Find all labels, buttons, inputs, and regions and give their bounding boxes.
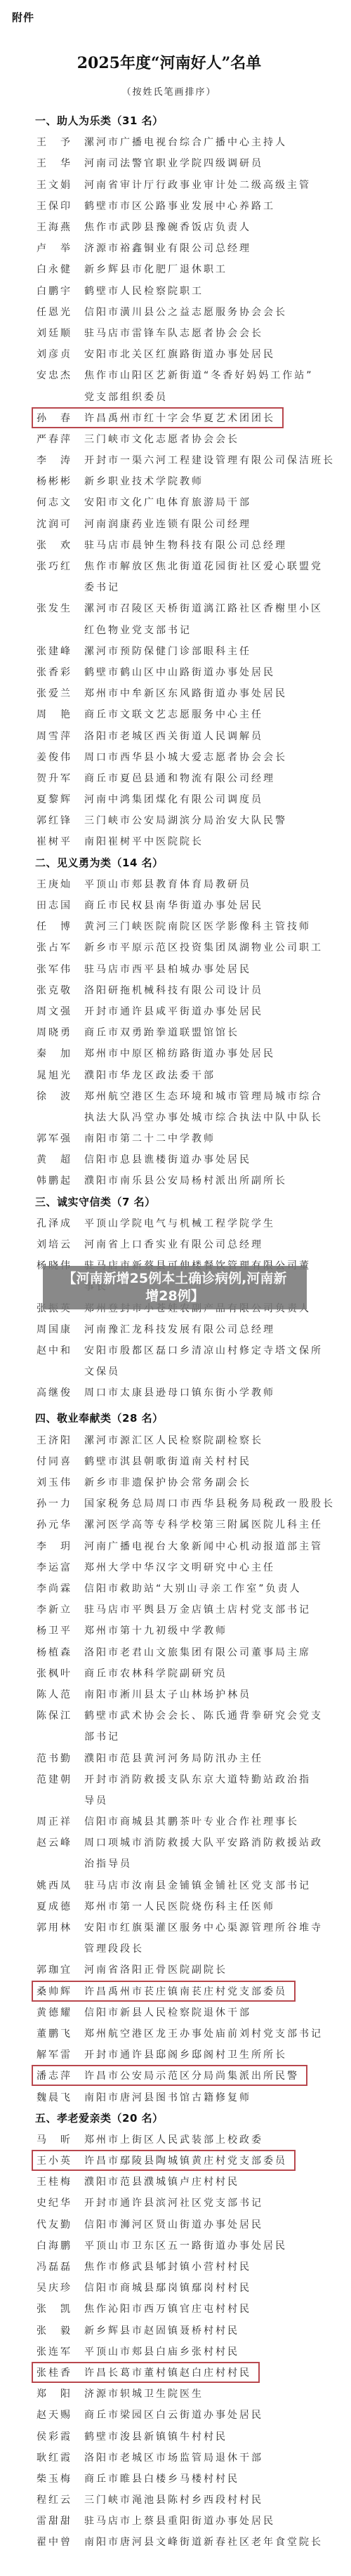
category-section: 一、助人为乐类（31 名）王予漯河市广播电视台综合广播中心主持人王华河南司法警官…	[35, 110, 347, 852]
person-description: 漯河医学高等专科学校第三附属医院儿科主任	[84, 1517, 323, 1531]
list-item: 白鹏宇鹤壁市人民检察院职工	[35, 280, 347, 301]
person-name: 卢举	[37, 241, 70, 255]
person-name: 沈润可	[37, 517, 70, 531]
section-heading: 一、助人为乐类（31 名）	[35, 110, 347, 131]
person-name: 姚西凤	[37, 1878, 70, 1892]
list-item: 张军伟驻马店市西平县柏城办事处居民	[35, 958, 347, 979]
entry: 魏晨飞南阳市唐河县图书馆古籍修复师	[32, 2087, 260, 2108]
entry: 黄德耀信阳市新县人民检察院退休干部	[32, 2002, 260, 2023]
person-description: 安阳市文化广电体育旅游局干部	[84, 495, 251, 509]
person-name: 张发生	[37, 601, 70, 615]
list-item: 柴玉梅商丘市睢县白楼乡马楼村村民	[35, 2468, 347, 2489]
entry: 赵天赐商丘市梁园区白云街道办事处居民	[32, 2404, 272, 2425]
person-description: 信阳市商城县其鹏茶叶专业合作社理事长	[84, 1814, 299, 1828]
list-item: 侯彩霞鹤壁市浚县新镇镇牛村村民	[35, 2425, 347, 2446]
entry: 柴玉梅商丘市睢县白楼乡马楼村村民	[32, 2468, 248, 2489]
list-item-continued: 执法大队冯堂办事处城市综合执法中队中队长	[35, 1107, 347, 1128]
person-name: 陈人范	[37, 1687, 70, 1701]
list-item: 付同喜鹤壁市淇县朝歌街道南关村村民	[35, 1451, 347, 1472]
list-item: 桑帅辉许昌禹州市苌庄镇南苌庄村党支部委员	[35, 1981, 347, 2002]
person-description: 平顶山市郏县教育体育局教研员	[84, 877, 251, 891]
person-description: 商丘市文联文艺志愿服务中心主任	[84, 707, 263, 721]
person-name: 白鹏宇	[37, 284, 70, 298]
list-item-continued: 文保员	[35, 1361, 347, 1382]
list-item: 范书勤濮阳市范县黄河河务局防汛办主任	[35, 1747, 347, 1768]
person-description-continued: 部书记	[84, 1729, 120, 1743]
entry: 何志文安阳市文化广电体育旅游局干部	[32, 491, 260, 513]
person-name: 周正祥	[37, 1814, 70, 1828]
list-item: 赵天赐商丘市梁园区白云街道办事处居民	[35, 2404, 347, 2425]
list-item: 范建朝开封市消防救援支队东京大道特勤站政治指	[35, 1769, 347, 1790]
list-item: 郭红锋三门峡市公安局湖滨分局治安大队民警	[35, 810, 347, 831]
entry: 任博黄河三门峡医院南院区医学影像科主管技师	[32, 916, 319, 937]
list-item: 董鹏飞郑州航空港区龙王办事处庙前刘村党支部书记	[35, 2023, 347, 2044]
list-item: 张香彩鹤壁市鹤山区中山路街道办事处居民	[35, 661, 347, 682]
person-description: 驻马店市平舆县万金店镇土店村党支部书记	[84, 1602, 311, 1616]
list-item: 王予漯河市广播电视台综合广播中心主持人	[35, 131, 347, 152]
entry: 部书记	[32, 1726, 128, 1747]
list-item: 王济阳漯河市源汇区人民检察院副检察长	[35, 1429, 347, 1451]
person-description: 信阳市浉河区贤山街道办事处居民	[84, 2217, 263, 2231]
person-name: 马昕	[37, 2132, 70, 2146]
person-description: 三门峡市渑池县陈村乡西段村村民	[84, 2492, 263, 2506]
person-description: 焦作沁阳市西万镇官庄屯村村民	[84, 2301, 251, 2316]
entry: 张建峰漯河市预防保健门诊部眼科主任	[32, 640, 260, 661]
person-description: 三门峡市公安局湖滨分局治安大队民警	[84, 813, 287, 827]
entry: 晁旭光濮阳市华龙区政法委干部	[32, 1064, 224, 1085]
list-item: 程红云三门峡市渑池县陈村乡西段村村民	[35, 2489, 347, 2510]
entry: 执法大队冯堂办事处城市综合执法中队中队长	[32, 1107, 331, 1128]
person-name: 崔树平	[37, 834, 70, 848]
list-item: 卢举济源市裕鑫铜业有限公司总经理	[35, 237, 347, 258]
list-item: 刘培云河南省上口香实业有限公司总经理	[35, 1234, 347, 1255]
entry: 李运富郑州大学中华汉字文明研究中心主任	[32, 1557, 284, 1578]
person-name: 韩鹏起	[37, 1173, 70, 1187]
list-item-continued: 党支部组织委员	[35, 385, 347, 407]
list-item: 郭用林安阳市红旗渠灌区服务中心渠源管理所谷堆寺	[35, 1917, 347, 1938]
person-name: 田志国	[37, 898, 70, 912]
person-description: 济源市裕鑫铜业有限公司总经理	[84, 241, 251, 255]
entry: 侯彩霞鹤壁市浚县新镇镇牛村村民	[32, 2426, 236, 2447]
list-item: 陈保江鹤壁市武术协会会长、陈氏通背拳研究会党支	[35, 1705, 347, 1726]
list-item: 孙元华漯河医学高等专科学校第三附属医院儿科主任	[35, 1514, 347, 1535]
person-description: 河南省审计厅行政事业审计处二级高级主管	[84, 178, 311, 192]
list-item: 郑阳济源市轵城卫生院医生	[35, 2383, 347, 2404]
entry: 王济阳漯河市源汇区人民检察院副检察长	[32, 1429, 272, 1451]
list-item: 孙春许昌禹州市红十字会华夏艺术团团长	[35, 407, 347, 428]
person-description-continued: 文保员	[84, 1364, 120, 1378]
person-description: 河南省上口香实业有限公司总经理	[84, 1237, 263, 1251]
entry: 李玥河南广播电视台大象新闻中心机动报道部主管	[32, 1535, 331, 1557]
person-description: 漯河市广播电视台综合广播中心主持人	[84, 135, 287, 149]
person-description: 平顶山市卫东区五一路街道办事处居民	[84, 2238, 287, 2252]
list-item: 吴庆珍信阳市商城县鄢岗镇鄢岗村村民	[35, 2277, 347, 2298]
list-item: 姚西凤驻马店市汝南县金铺镇金铺社区党支部书记	[35, 1875, 347, 1896]
entry: 王桂梅濮阳市范县濮城镇卢庄村村民	[32, 2171, 248, 2192]
highlighted-entry-box: 张桂香许昌长葛市董村镇赵白庄村村民	[32, 2362, 260, 2383]
entry: 翟中曾南阳市唐河县文峰街道新春社区老年食堂院长	[32, 2531, 331, 2552]
entry: 刘培云河南省上口香实业有限公司总经理	[32, 1234, 272, 1255]
entry: 张香彩鹤壁市鹤山区中山路街道办事处居民	[32, 661, 284, 682]
entry: 吴庆珍信阳市商城县鄢岗镇鄢岗村村民	[32, 2277, 260, 2298]
entry: 张巧红焦作市解放区焦北街道花园街社区爱心联盟党	[32, 555, 331, 576]
list-item: 崔树平南阳崔树平中医院院长	[35, 831, 347, 852]
person-description: 南阳市唐河县图书馆古籍修复师	[84, 2090, 251, 2104]
list-item: 郭军强南阳市第二十二中学教师	[35, 1128, 347, 1149]
person-name: 冯磊磊	[37, 2259, 70, 2273]
list-item: 周雪萍洛阳市老城区西关街道人民调解员	[35, 725, 347, 746]
list-item: 秦加郑州市中原区棉纺路街道办事处居民	[35, 1043, 347, 1064]
entry: 王文娟河南省审计厅行政事业审计处二级高级主管	[32, 174, 319, 195]
person-description: 许昌市公安局示范区分局尚集派出所民警	[84, 2068, 299, 2082]
person-description: 开封市通许县邸阁乡邸阁村卫生所所长	[84, 2047, 287, 2061]
entry: 李尚霖信阳市救助站“大别山寻亲工作室”负责人	[32, 1578, 310, 1599]
person-description: 商丘市梁园区白云街道办事处居民	[84, 2407, 263, 2422]
person-name: 王海燕	[37, 220, 70, 234]
entry: 赵中和安阳市殷都区磊口乡清凉山村修定寺塔文保所	[32, 1340, 331, 1361]
category-section: 四、敬业奉献类（28 名）王济阳漯河市源汇区人民检察院副检察长付同喜鹤壁市淇县朝…	[35, 1408, 347, 2107]
list-item: 夏成德郑州市第一人民医院烧伤科主任医师	[35, 1896, 347, 1917]
list-item: 马昕郑州市上街区人民武装部上校政委	[35, 2129, 347, 2150]
list-item: 耿红霞洛阳市老城区市场监管局退休干部	[35, 2447, 347, 2468]
list-item: 郭珈宜河南省洛阳正骨医院副院长	[35, 1959, 347, 1980]
person-name: 陈保江	[37, 1708, 70, 1722]
section-heading: 四、敬业奉献类（28 名）	[35, 1408, 347, 1429]
person-description: 鹤壁市武术协会会长、陈氏通背拳研究会党支	[84, 1708, 323, 1722]
person-name: 王小英	[37, 2153, 70, 2167]
list-item: 刘彦贞安阳市北关区红旗路街道办事处居民	[35, 343, 347, 364]
list-item-continued: 红色物业党支部书记	[35, 619, 347, 640]
list-item: 张建峰漯河市预防保健门诊部眼科主任	[35, 640, 347, 661]
entry: 严春萍三门峡市文化志愿者协会会长	[32, 428, 248, 449]
person-name: 翟中曾	[37, 2535, 70, 2549]
list-item: 李玥河南广播电视台大象新闻中心机动报道部主管	[35, 1535, 347, 1557]
entry: 解军雷开封市通许县邸阁乡邸阁村卫生所所长	[32, 2044, 296, 2065]
list-item: 李运富郑州大学中华汉字文明研究中心主任	[35, 1557, 347, 1578]
entry: 付同喜鹤壁市淇县朝歌街道南关村村民	[32, 1451, 260, 1472]
person-name: 贺升军	[37, 771, 70, 785]
list-item: 李新立驻马店市平舆县万金店镇土店村党支部书记	[35, 1599, 347, 1620]
list-item: 王海燕焦作市武陟县豫碗香饭店负责人	[35, 216, 347, 237]
entry: 郭红锋三门峡市公安局湖滨分局治安大队民警	[32, 810, 296, 831]
entry: 郑阳济源市轵城卫生院医生	[32, 2383, 212, 2404]
person-name: 张军伟	[37, 962, 70, 976]
list-item: 晁旭光濮阳市华龙区政法委干部	[35, 1064, 347, 1085]
person-description: 洛阳市老君山文旅集团有限公司董事局主席	[84, 1645, 311, 1659]
person-name: 孙元华	[37, 1517, 70, 1531]
list-item: 刘廷顺驻马店市雷锋车队志愿者协会会长	[35, 322, 347, 343]
person-description: 开封市消防救援支队东京大道特勤站政治指	[84, 1772, 311, 1786]
entry: 张欢驻马店市晨钟生物科技有限公司总经理	[32, 534, 296, 555]
entry: 张爱兰郑州市中牟新区东风路街道办事处居民	[32, 682, 296, 704]
person-description: 南阳市第二十二中学教师	[84, 1131, 216, 1145]
person-name: 范建朝	[37, 1772, 70, 1786]
person-description: 周口项城市消防救援大队平安路消防救援站政	[84, 1835, 323, 1849]
person-name: 黄德耀	[37, 2005, 70, 2019]
person-name: 王华	[37, 156, 70, 170]
person-description: 国家税务总局周口市西华县税务局税政一股股长	[84, 1496, 335, 1510]
person-name: 王予	[37, 135, 70, 149]
person-description: 开封市通许县咸平街道办事处居民	[84, 1004, 263, 1018]
person-description: 河南豫汇龙科技发展有限公司总经理	[84, 1322, 275, 1336]
entry: 周晓勇商丘市双勇跆拳道联盟馆馆长	[32, 1022, 248, 1043]
person-name: 王保印	[37, 199, 70, 213]
list-item: 周国康河南豫汇龙科技发展有限公司总经理	[35, 1319, 347, 1340]
list-item: 贺升军商丘市夏邑县通和物流有限公司经理	[35, 767, 347, 788]
person-name: 柴玉梅	[37, 2471, 70, 2485]
list-item: 赵中和安阳市殷都区磊口乡清凉山村修定寺塔文保所	[35, 1340, 347, 1361]
list-item: 杨彬彬新乡职业技术学院教师	[35, 470, 347, 491]
person-name: 孔泽成	[37, 1216, 70, 1230]
person-description: 开封市一渠六河工程建设管理有限公司保洁班长	[84, 453, 335, 467]
person-description: 洛阳市老城区西关街道人民调解员	[84, 729, 263, 743]
person-name: 严春萍	[37, 432, 70, 446]
person-name: 张建峰	[37, 644, 70, 658]
person-description: 郑州市中牟新区东风路街道办事处居民	[84, 686, 287, 700]
person-description: 郑州市上街区人民武装部上校政委	[84, 2132, 263, 2146]
entry: 周文强开封市通许县咸平街道办事处居民	[32, 1000, 272, 1022]
person-name: 张香彩	[37, 665, 70, 679]
person-name: 周艳	[37, 707, 70, 721]
person-name: 王庚灿	[37, 877, 70, 891]
page-subtitle: （按姓氏笔画排序）	[0, 84, 338, 98]
person-description-continued: 管理段段长	[84, 1941, 144, 1955]
list-item: 张毅新乡辉县市赵固镇聂桥村村民	[35, 2320, 347, 2341]
person-description: 新乡辉县市化肥厂退休职工	[84, 262, 227, 276]
list-item: 黄超信阳市息县谯楼街道办事处居民	[35, 1149, 347, 1170]
banner-line-2: 增28例】	[43, 1288, 307, 1305]
entry: 管理段段长	[32, 1938, 152, 1959]
person-name: 刘培云	[37, 1237, 70, 1251]
person-name: 李运富	[37, 1560, 70, 1574]
person-description: 三门峡市文化志愿者协会会长	[84, 432, 239, 446]
person-description: 河南司法警官职业学院四级调研员	[84, 156, 263, 170]
entry: 安忠杰焦作市山阳区艺新街道“冬香好妈妈工作站”	[32, 364, 322, 385]
entry: 沈润可河南润康药业连锁有限公司经理	[32, 513, 260, 534]
person-description: 新乡市平原示范区投资集团凤湖物业公司职工	[84, 940, 323, 954]
list-item: 王文娟河南省审计厅行政事业审计处二级高级主管	[35, 174, 347, 195]
entry: 郭珈宜河南省洛阳正骨医院副院长	[32, 1959, 236, 1980]
list-item: 史纪华开封市通许县滨河社区党支部书记	[35, 2192, 347, 2213]
highlighted-entry-box: 桑帅辉许昌禹州市苌庄镇南苌庄村党支部委员	[32, 1981, 296, 2002]
entry: 徐波郑州航空港区生态环境和城市管理局城市综合	[32, 1085, 331, 1107]
person-description: 郑州市中原区棉纺路街道办事处居民	[84, 1046, 275, 1060]
person-description: 济源市轵城卫生院医生	[84, 2386, 204, 2400]
person-name: 张凯	[37, 2301, 70, 2316]
entry: 杨植森洛阳市老君山文旅集团有限公司董事局主席	[32, 1642, 319, 1663]
banner-line-1: 【河南新增25例本土确诊病例,河南新	[43, 1270, 307, 1288]
person-description: 南阳市唐河县文峰街道新春社区老年食堂院长	[84, 2535, 323, 2549]
person-name: 郭军强	[37, 1131, 70, 1145]
person-description-continued: 红色物业党支部书记	[84, 623, 192, 637]
entry: 委书记	[32, 576, 128, 597]
entry: 孙元华漯河医学高等专科学校第三附属医院儿科主任	[32, 1514, 331, 1535]
entry: 周艳商丘市文联文艺志愿服务中心主任	[32, 704, 272, 725]
entry: 文保员	[32, 1361, 128, 1382]
person-name: 王文娟	[37, 178, 70, 192]
list-item: 安忠杰焦作市山阳区艺新街道“冬香好妈妈工作站”	[35, 364, 347, 385]
person-name: 潘志萍	[37, 2068, 70, 2082]
list-item: 任恩光信阳市潢川县公之益志愿服务协会会长	[35, 301, 347, 322]
person-description-continued: 党支部组织委员	[84, 390, 168, 404]
person-description: 商丘市双勇跆拳道联盟馆馆长	[84, 1025, 239, 1039]
list-item: 王保印鹤壁市市区公路事业发展中心养路工	[35, 195, 347, 216]
list-item: 冯磊磊焦作市修武县郇封镇小营村村民	[35, 2256, 347, 2277]
section-heading: 二、见义勇为类（14 名）	[35, 852, 347, 873]
person-description: 鹤壁市鹤山区中山路街道办事处居民	[84, 665, 275, 679]
entry: 程红云三门峡市渑池县陈村乡西段村村民	[32, 2489, 272, 2510]
list-item: 张欢驻马店市晨钟生物科技有限公司总经理	[35, 534, 347, 555]
highlighted-entry-box: 潘志萍许昌市公安局示范区分局尚集派出所民警	[32, 2065, 307, 2086]
person-description: 安阳市北关区红旗路街道办事处居民	[84, 347, 275, 361]
person-name: 代友勤	[37, 2217, 70, 2231]
entry: 张毅新乡辉县市赵固镇聂桥村村民	[32, 2320, 248, 2341]
person-description: 许昌长葛市董村镇赵白庄村村民	[84, 2365, 251, 2379]
person-description: 濮阳市范县黄河河务局防汛办主任	[84, 1751, 263, 1765]
entry: 任恩光信阳市潢川县公之益志愿服务协会会长	[32, 301, 296, 322]
list-item: 高继俊周口市太康县逊母口镇东街小学教师	[35, 1382, 347, 1403]
person-description: 河南广播电视台大象新闻中心机动报道部主管	[84, 1539, 323, 1553]
person-description: 南阳市淅川县太子山林场护林员	[84, 1687, 251, 1701]
person-description: 河南中鸿集团煤化有限公司调度员	[84, 792, 263, 806]
entry: 田志国商丘市民权县南华街道办事处居民	[32, 894, 272, 916]
person-description: 河南润康药业连锁有限公司经理	[84, 517, 251, 531]
overlay-headline-banner: 【河南新增25例本土确诊病例,河南新 增28例】	[43, 1266, 307, 1309]
list-item: 张爱兰郑州市中牟新区东风路街道办事处居民	[35, 682, 347, 704]
list-item: 王桂梅濮阳市范县濮城镇卢庄村村民	[35, 2171, 347, 2192]
entry: 白永健新乡辉县市化肥厂退休职工	[32, 258, 236, 279]
person-name: 郑阳	[37, 2386, 70, 2400]
list-item: 解军雷开封市通许县邸阁乡邸阁村卫生所所长	[35, 2044, 347, 2065]
entry: 崔树平南阳崔树平中医院院长	[32, 831, 212, 852]
person-description: 洛阳研拖机械科技有限公司设计员	[84, 983, 263, 997]
person-description: 许昌市鄢陵县陶城镇黄庄村党支部委员	[84, 2153, 287, 2167]
person-description: 周口市太康县逊母口镇东街小学教师	[84, 1385, 275, 1399]
list-item: 王小英许昌市鄢陵县陶城镇黄庄村党支部委员	[35, 2150, 347, 2171]
person-name: 何志文	[37, 495, 70, 509]
person-name: 晁旭光	[37, 1068, 70, 1082]
list-item: 张桂香许昌长葛市董村镇赵白庄村村民	[35, 2362, 347, 2383]
person-name: 张占军	[37, 940, 70, 954]
person-name: 白永健	[37, 262, 70, 276]
list-item: 沈润可河南润康药业连锁有限公司经理	[35, 513, 347, 534]
person-description: 商丘市农林科学院副研究员	[84, 1666, 227, 1680]
list-item: 白永健新乡辉县市化肥厂退休职工	[35, 258, 347, 279]
list-item: 周文强开封市通许县咸平街道办事处居民	[35, 1000, 347, 1022]
person-description: 安阳市红旗渠灌区服务中心渠源管理所谷堆寺	[84, 1920, 323, 1934]
list-item: 张枫叶商丘市农林科学院副研究员	[35, 1663, 347, 1684]
person-description: 开封市通许县滨河社区党支部书记	[84, 2195, 263, 2210]
entry: 黄超信阳市息县谯楼街道办事处居民	[32, 1149, 260, 1170]
list-item: 夏黎辉河南中鸿集团煤化有限公司调度员	[35, 788, 347, 810]
entry: 冯磊磊焦作市修武县郇封镇小营村村民	[32, 2256, 260, 2277]
entry: 张连军平顶山市郏县白庙乡张村村民	[32, 2341, 248, 2362]
person-description: 新乡职业技术学院教师	[84, 474, 204, 488]
entry: 李新立驻马店市平舆县万金店镇土店村党支部书记	[32, 1599, 319, 1620]
section-heading: 五、孝老爱亲类（20 名）	[35, 2108, 347, 2129]
entry: 红色物业党支部书记	[32, 619, 200, 640]
page-title: 2025年度“河南好人”名单	[0, 51, 338, 73]
person-description: 驻马店市西平县柏城办事处居民	[84, 962, 251, 976]
entry: 杨彬彬新乡职业技术学院教师	[32, 470, 212, 491]
person-description-continued: 委书记	[84, 580, 120, 594]
list-item: 翟中曾南阳市唐河县文峰街道新春社区老年食堂院长	[35, 2531, 347, 2552]
entry: 周国康河南豫汇龙科技发展有限公司总经理	[32, 1319, 284, 1340]
person-name: 任恩光	[37, 305, 70, 319]
list-item: 姜俊伟周口市西华县小城大爱志愿者协会会长	[35, 746, 347, 767]
highlighted-entry-box: 孙春许昌禹州市红十字会华夏艺术团团长	[32, 407, 284, 428]
person-name: 周晓勇	[37, 1025, 70, 1039]
person-name: 郭用林	[37, 1920, 70, 1934]
person-description: 商丘市民权县南华街道办事处居民	[84, 898, 263, 912]
person-description: 焦作市山阳区艺新街道“冬香好妈妈工作站”	[84, 368, 314, 382]
list-item: 张克敬洛阳研拖机械科技有限公司设计员	[35, 979, 347, 1000]
person-name: 姜俊伟	[37, 750, 70, 764]
entry: 马昕郑州市上街区人民武装部上校政委	[32, 2129, 272, 2150]
person-name: 张克敬	[37, 983, 70, 997]
entry: 杨卫平郑州市第十九初级中学教师	[32, 1620, 236, 1641]
list-item: 李涛开封市一渠六河工程建设管理有限公司保洁班长	[35, 449, 347, 470]
person-description: 信阳市救助站“大别山寻亲工作室”负责人	[84, 1581, 302, 1595]
category-section: 五、孝老爱亲类（20 名）马昕郑州市上街区人民武装部上校政委王小英许昌市鄢陵县陶…	[35, 2108, 347, 2553]
entry: 白鹏宇鹤壁市人民检察院职工	[32, 280, 212, 301]
person-name: 张毅	[37, 2323, 70, 2337]
entry: 姜俊伟周口市西华县小城大爱志愿者协会会长	[32, 746, 296, 767]
list-item: 张连军平顶山市郏县白庙乡张村村民	[35, 2341, 347, 2362]
person-description-continued: 执法大队冯堂办事处城市综合执法中队中队长	[84, 1110, 323, 1124]
entry: 秦加郑州市中原区棉纺路街道办事处居民	[32, 1043, 284, 1064]
entry: 夏黎辉河南中鸿集团煤化有限公司调度员	[32, 788, 272, 810]
entry: 姚西凤驻马店市汝南县金铺镇金铺社区党支部书记	[32, 1875, 319, 1896]
entry: 周雪萍洛阳市老城区西关街道人民调解员	[32, 725, 272, 746]
person-description: 焦作市解放区焦北街道花园街社区爱心联盟党	[84, 559, 323, 573]
person-name: 夏黎辉	[37, 792, 70, 806]
list-item-continued: 管理段段长	[35, 1938, 347, 1959]
person-name: 郭红锋	[37, 813, 70, 827]
list-item: 张发生漯河市召陵区天桥街道漓江路社区香榭里小区	[35, 597, 347, 619]
list-item: 王庚灿平顶山市郏县教育体育局教研员	[35, 873, 347, 894]
person-name: 张爱兰	[37, 686, 70, 700]
list-item: 周艳商丘市文联文艺志愿服务中心主任	[35, 704, 347, 725]
person-name: 张巧红	[37, 559, 70, 573]
list-item: 张凯焦作沁阳市西万镇官庄屯村村民	[35, 2298, 347, 2319]
list-item: 陈人范南阳市淅川县太子山林场护林员	[35, 1684, 347, 1705]
person-description: 濮阳市南乐县公安局杨村派出所副所长	[84, 1173, 287, 1187]
person-name: 雷甜甜	[37, 2514, 70, 2528]
list-item: 周正祥信阳市商城县其鹏茶叶专业合作社理事长	[35, 1811, 347, 1832]
list-item: 李尚霖信阳市救助站“大别山寻亲工作室”负责人	[35, 1578, 347, 1599]
person-description: 新乡市非遗保护协会常务副会长	[84, 1475, 251, 1489]
person-description: 焦作市修武县郇封镇小营村村民	[84, 2259, 251, 2273]
entry: 孔泽成平顶山学院电气与机械工程学院学生	[32, 1213, 284, 1234]
entry: 党支部组织委员	[32, 386, 176, 407]
person-description-continued: 导员	[84, 1793, 108, 1807]
person-name: 张枫叶	[37, 1666, 70, 1680]
person-name: 安忠杰	[37, 368, 70, 382]
person-description: 鹤壁市淇县朝歌街道南关村村民	[84, 1454, 251, 1468]
entry: 赵云峰周口项城市消防救援大队平安路消防救援站政	[32, 1832, 331, 1853]
person-description: 驻马店市雷锋车队志愿者协会会长	[84, 326, 263, 340]
person-name: 孙春	[37, 411, 70, 425]
person-description: 许昌禹州市红十字会华夏艺术团团长	[84, 411, 275, 425]
list-item: 孙一力国家税务总局周口市西华县税务局税政一股股长	[35, 1493, 347, 1514]
person-description: 周口市西华县小城大爱志愿者协会会长	[84, 750, 287, 764]
list-item: 黄德耀信阳市新县人民检察院退休干部	[35, 2002, 347, 2023]
person-name: 徐波	[37, 1089, 70, 1103]
list-item: 王华河南司法警官职业学院四级调研员	[35, 152, 347, 173]
person-description: 鹤壁市市区公路事业发展中心养路工	[84, 199, 275, 213]
person-name: 杨植森	[37, 1645, 70, 1659]
